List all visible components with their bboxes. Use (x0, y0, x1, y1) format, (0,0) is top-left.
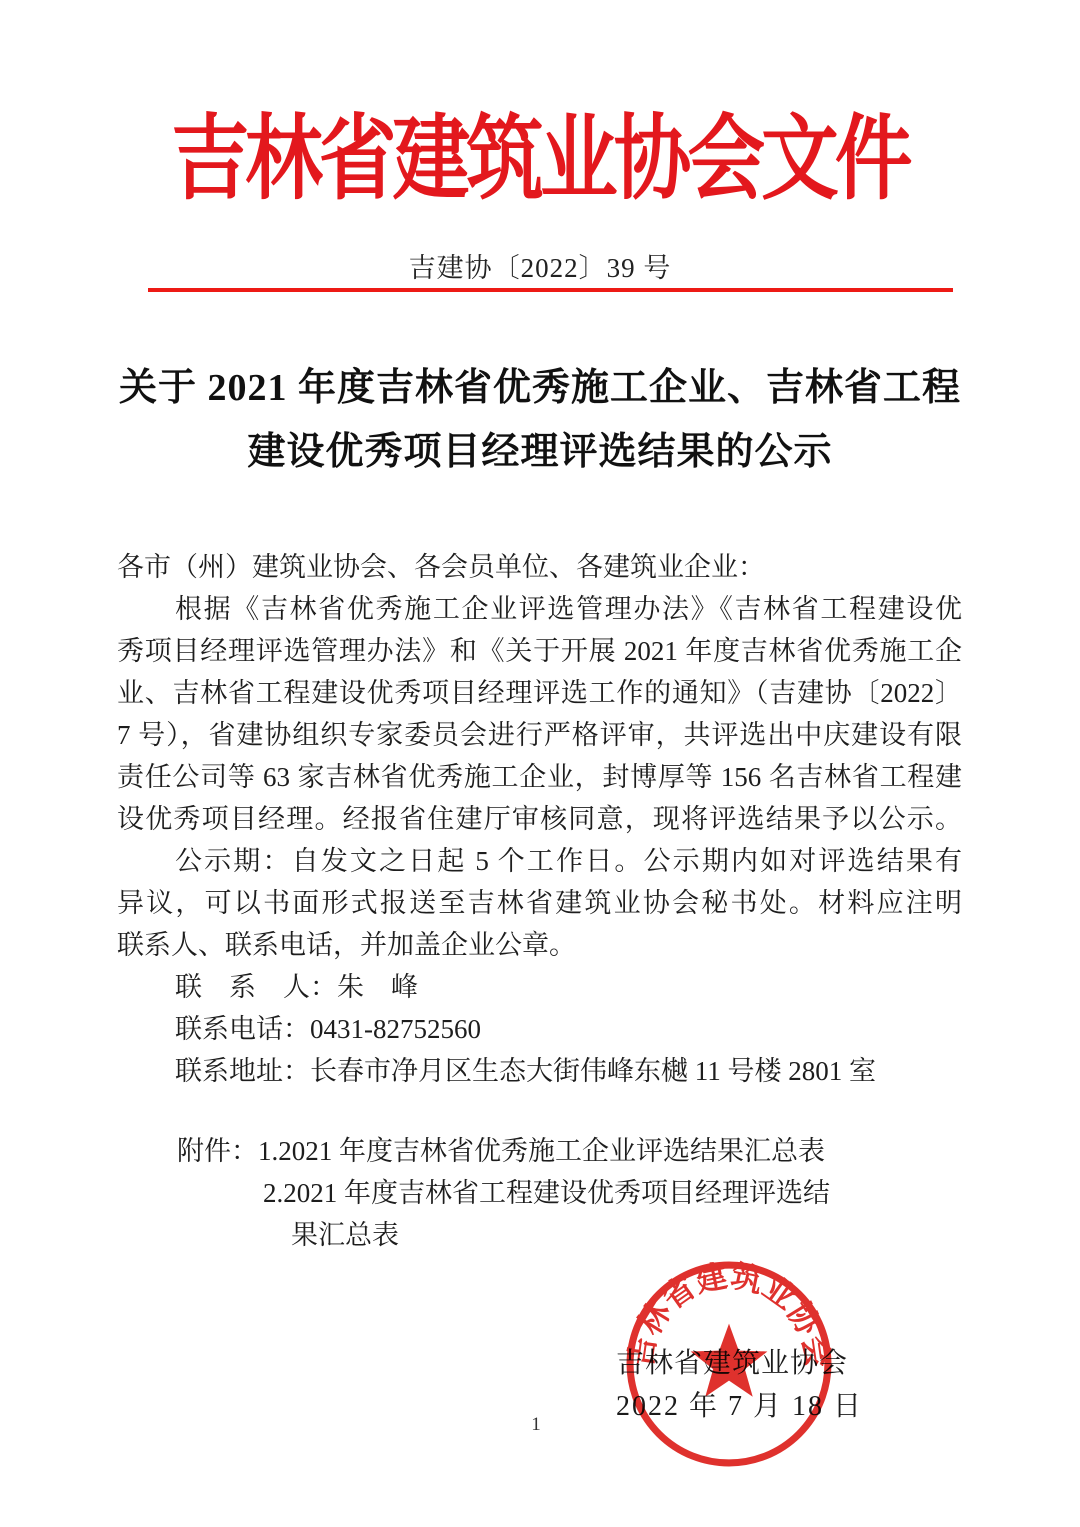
body-line: 异议，可以书面形式报送至吉林省建筑业协会秘书处。材料应注明 (117, 882, 962, 924)
body-line: 各市（州）建筑业协会、各会员单位、各建筑业企业： (117, 546, 962, 588)
contact-person-line: 联 系 人：朱 峰 (117, 966, 962, 1008)
body-line: 联系人、联系电话，并加盖企业公章。 (117, 924, 962, 966)
attachment-line: 2.2021 年度吉林省工程建设优秀项目经理评选结 (263, 1172, 962, 1214)
attachments-block: 附件：1.2021 年度吉林省优秀施工企业评选结果汇总表 2.2021 年度吉林… (117, 1130, 962, 1256)
body-line: 业、吉林省工程建设优秀项目经理评选工作的通知》（吉建协〔2022〕 (117, 672, 962, 714)
body-line: 根据《吉林省优秀施工企业评选管理办法》《吉林省工程建设优 (117, 588, 962, 630)
red-divider-line (148, 288, 953, 292)
document-body: 各市（州）建筑业协会、各会员单位、各建筑业企业： 根据《吉林省优秀施工企业评选管… (117, 546, 962, 1092)
attachment-line: 果汇总表 (291, 1214, 962, 1256)
signature-org: 吉林省建筑业协会 (616, 1341, 848, 1381)
document-title-line2: 建设优秀项目经理评选结果的公示 (60, 420, 1020, 484)
page-number: 1 (0, 1414, 1072, 1436)
attachment-line: 附件：1.2021 年度吉林省优秀施工企业评选结果汇总表 (177, 1130, 962, 1172)
document-page: 吉林省建筑业协会文件 吉建协〔2022〕39 号 关于 2021 年度吉林省优秀… (0, 0, 1080, 1527)
body-line: 公示期：自发文之日起 5 个工作日。公示期内如对评选结果有 (117, 840, 962, 882)
contact-address-line: 联系地址：长春市净月区生态大街伟峰东樾 11 号楼 2801 室 (117, 1050, 962, 1092)
letterhead-org-title: 吉林省建筑业协会文件 (16, 84, 1064, 217)
body-line: 秀项目经理评选管理办法》和《关于开展 2021 年度吉林省优秀施工企 (117, 630, 962, 672)
document-title: 关于 2021 年度吉林省优秀施工企业、吉林省工程 建设优秀项目经理评选结果的公… (60, 356, 1020, 484)
contact-phone-line: 联系电话：0431-82752560 (117, 1008, 962, 1050)
body-line: 设优秀项目经理。经报省住建厅审核同意，现将评选结果予以公示。 (117, 798, 962, 840)
body-line: 责任公司等 63 家吉林省优秀施工企业，封博厚等 156 名吉林省工程建 (117, 756, 962, 798)
body-line: 7 号），省建协组织专家委员会进行严格评审，共评选出中庆建设有限 (117, 714, 962, 756)
doc-number: 吉建协〔2022〕39 号 (0, 246, 1080, 285)
document-title-line1: 关于 2021 年度吉林省优秀施工企业、吉林省工程 (60, 356, 1020, 420)
